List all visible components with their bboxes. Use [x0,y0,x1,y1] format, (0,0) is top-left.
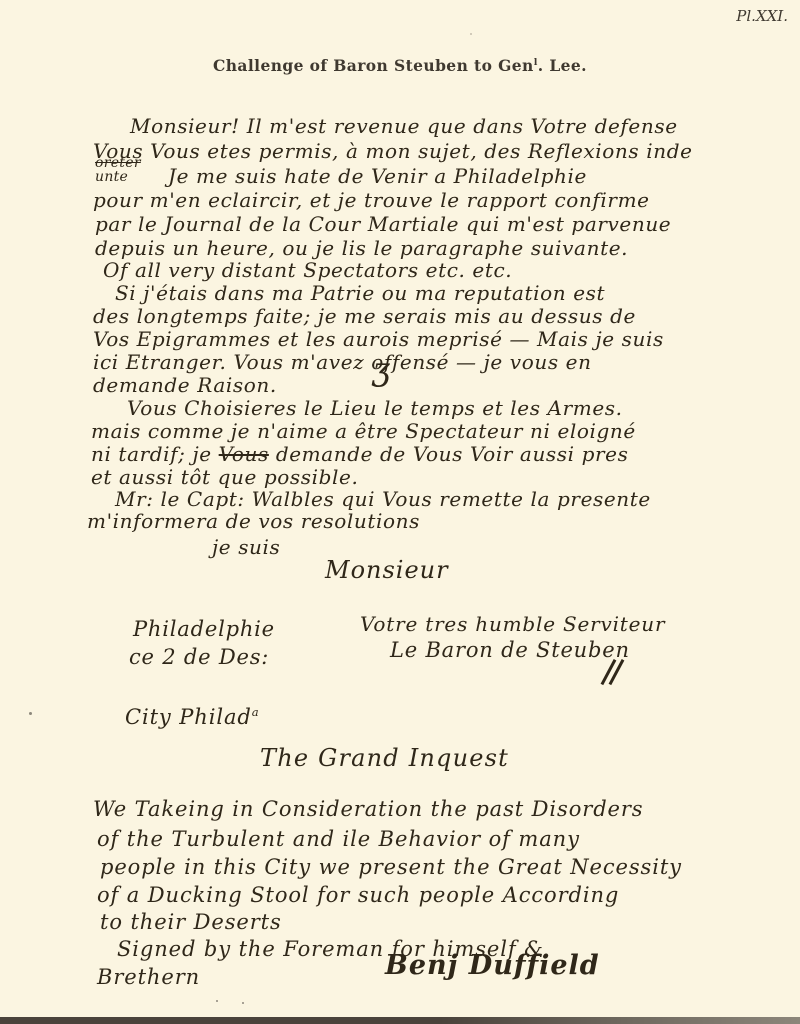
manuscript-line: of the Turbulent and ile Behavior of man… [97,827,580,851]
plate-title-text: Challenge of Baron Steuben to Gen [213,56,534,75]
plate-number-label: Pl.XXI. [736,7,788,25]
manuscript-line: Je me suis hate de Venir a Philadelphie [168,164,587,188]
plate-title-end: . Lee. [538,56,587,75]
manuscript-line: pour m'en eclaircir, et je trouve le rap… [93,188,650,212]
manuscript-line: Mr: le Capt: Walbles qui Vous remette la… [115,487,651,511]
manuscript-line: m'informera de vos resolutions [87,509,420,533]
manuscript-line-english-quote: Of all very distant Spectators etc. etc. [103,258,512,282]
salutation-monsieur: Monsieur [325,556,449,584]
dateline-date: ce 2 de Des: [129,645,269,669]
place-superscript: a [252,705,260,719]
dateline-place: Philadelphie [133,617,275,641]
correction-word: unte [95,170,141,184]
paper-speck [216,1000,218,1002]
manuscript-line: je suis [212,535,280,559]
inquest-title: The Grand Inquest [260,744,509,772]
paper-speck [242,1002,244,1004]
paper-speck [29,712,32,715]
signed-by-line-2: Brethern [97,965,200,989]
manuscript-line: of a Ducking Stool for such people Accor… [97,883,619,907]
valediction: Votre tres humble Serviteur [360,612,665,636]
facsimile-plate-page: Pl.XXI. Challenge of Baron Steuben to Ge… [0,0,800,1024]
ink-flourish-mark: ʒ [372,350,390,388]
place-text: City Philad [125,705,252,729]
manuscript-line: demande Raison. [93,373,277,397]
struck-word: oreter [95,156,141,170]
inquest-place-heading: City Philada [125,705,260,729]
scanner-edge-band [0,1017,800,1024]
manuscript-line: par le Journal de la Cour Martiale qui m… [95,212,671,236]
manuscript-line: Vous Choisieres le Lieu le temps et les … [127,396,623,420]
manuscript-line-with-strikeout: ni tardif; je Vous demande de Vous Voir … [91,442,628,466]
manuscript-line: Si j'étais dans ma Patrie ou ma reputati… [115,281,605,305]
manuscript-line: people in this City we present the Great… [100,855,682,879]
crossed-out-correction: oreter unte [95,156,141,184]
manuscript-line: ici Etranger. Vous m'avez offensé — je v… [93,350,592,374]
manuscript-line: Monsieur! Il m'est revenue que dans Votr… [130,114,678,138]
signature-paraph-flourish [607,658,625,686]
manuscript-line: Vos Epigrammes et les aurois meprisé — M… [93,327,664,351]
plate-title: Challenge of Baron Steuben to Genl. Lee. [0,56,800,75]
manuscript-line: des longtemps faite; je me serais mis au… [93,304,636,328]
steuben-signature: Le Baron de Steuben [390,638,630,662]
manuscript-line: We Takeing in Consideration the past Dis… [93,797,643,821]
manuscript-line: et aussi tôt que possible. [91,465,358,489]
manuscript-line: to their Deserts [100,910,282,934]
line-text: demande de Vous Voir aussi pres [269,442,629,466]
manuscript-line: depuis un heure, ou je lis le paragraphe… [95,236,628,260]
paper-speck [470,33,472,35]
manuscript-line: Vous Vous etes permis, à mon sujet, des … [93,139,693,163]
manuscript-line: mais comme je n'aime a être Spectateur n… [91,419,636,443]
line-text: ni tardif; je [91,442,219,466]
struck-word: Vous [219,442,269,466]
duffield-signature: Benj Duffield [385,950,600,981]
